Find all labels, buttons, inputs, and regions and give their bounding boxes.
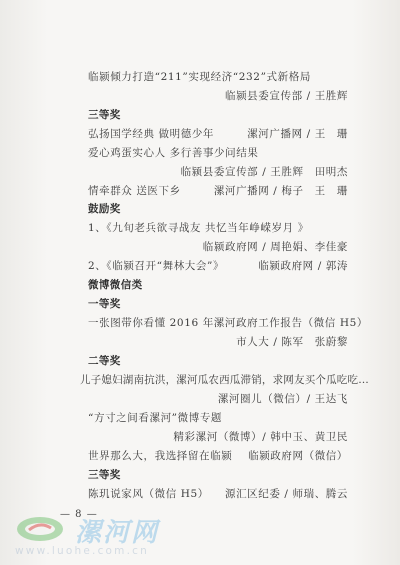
entry-title: 情牵群众 送医下乡: [88, 184, 181, 198]
entry-credit: 临颍县委宣传部 / 王胜辉: [225, 89, 348, 103]
entry-title: 临颍倾力打造“211”实现经济“232”式新格局: [88, 70, 311, 84]
entry-credit: 漯河广播网 / 梅子 王 珊: [214, 184, 348, 198]
entry-title: 儿子媳妇湖南抗洪，漯河瓜农西瓜滞销，求网友买个瓜吃吃…: [80, 373, 369, 387]
entry-title: 2、《临颍召开“舞林大会”》: [88, 259, 224, 273]
entry-credit: 源汇区纪委 / 师瑞、腾云: [225, 487, 348, 501]
section-heading: 二等奖: [88, 354, 121, 368]
section-heading: 一等奖: [88, 297, 121, 311]
entry-title: 弘扬国学经典 做明德少年: [88, 127, 214, 141]
entry-title: 1、《九旬老兵欲寻战友 共忆当年峥嵘岁月 》: [88, 221, 309, 235]
entry-title: 陈玑说家风（微信 H5）: [88, 487, 209, 501]
entry-credit: 漯河圈儿（微信）/ 王达飞: [218, 392, 348, 406]
entry-credit: 精彩漯河（微博）/ 韩中玉、黄卫民: [173, 430, 348, 444]
entry-credit: 临颍政府网 / 周艳娟、李佳豪: [203, 240, 348, 254]
watermark-url: www.luohe.com.cn: [15, 545, 149, 557]
section-heading: 三等奖: [88, 108, 121, 122]
section-heading: 三等奖: [88, 468, 121, 482]
entry-credit: 临颍政府网（微信）: [248, 449, 348, 463]
entry-title: 世界那么大，我选择留在临颍: [88, 449, 232, 463]
entry-title: “方寸之间看漯河”微博专题: [88, 411, 222, 425]
section-heading: 鼓励奖: [88, 202, 121, 216]
entry-credit: 临颍县委宣传部 / 王胜辉 田明杰: [181, 165, 348, 179]
luohe-logo-icon: [15, 515, 65, 543]
document-page: 临颍倾力打造“211”实现经济“232”式新格局 临颍县委宣传部 / 王胜辉 三…: [0, 0, 400, 565]
entry-credit: 漯河广播网 / 王 珊: [247, 127, 348, 141]
entry-credit: 临颍政府网 / 郭涛: [258, 259, 348, 273]
entry-title: 一张图带你看懂 2016 年漯河政府工作报告（微信 H5）: [88, 316, 368, 330]
category-heading: 微博微信类: [88, 278, 143, 292]
entry-credit: 市人大 / 陈军 张蔚黎: [236, 335, 348, 349]
entry-title: 爱心鸡蛋实心人 多行善事少问结果: [88, 146, 258, 160]
watermark-title: 漯河网: [75, 512, 159, 549]
watermark: 漯河网 www.luohe.com.cn: [15, 512, 185, 562]
